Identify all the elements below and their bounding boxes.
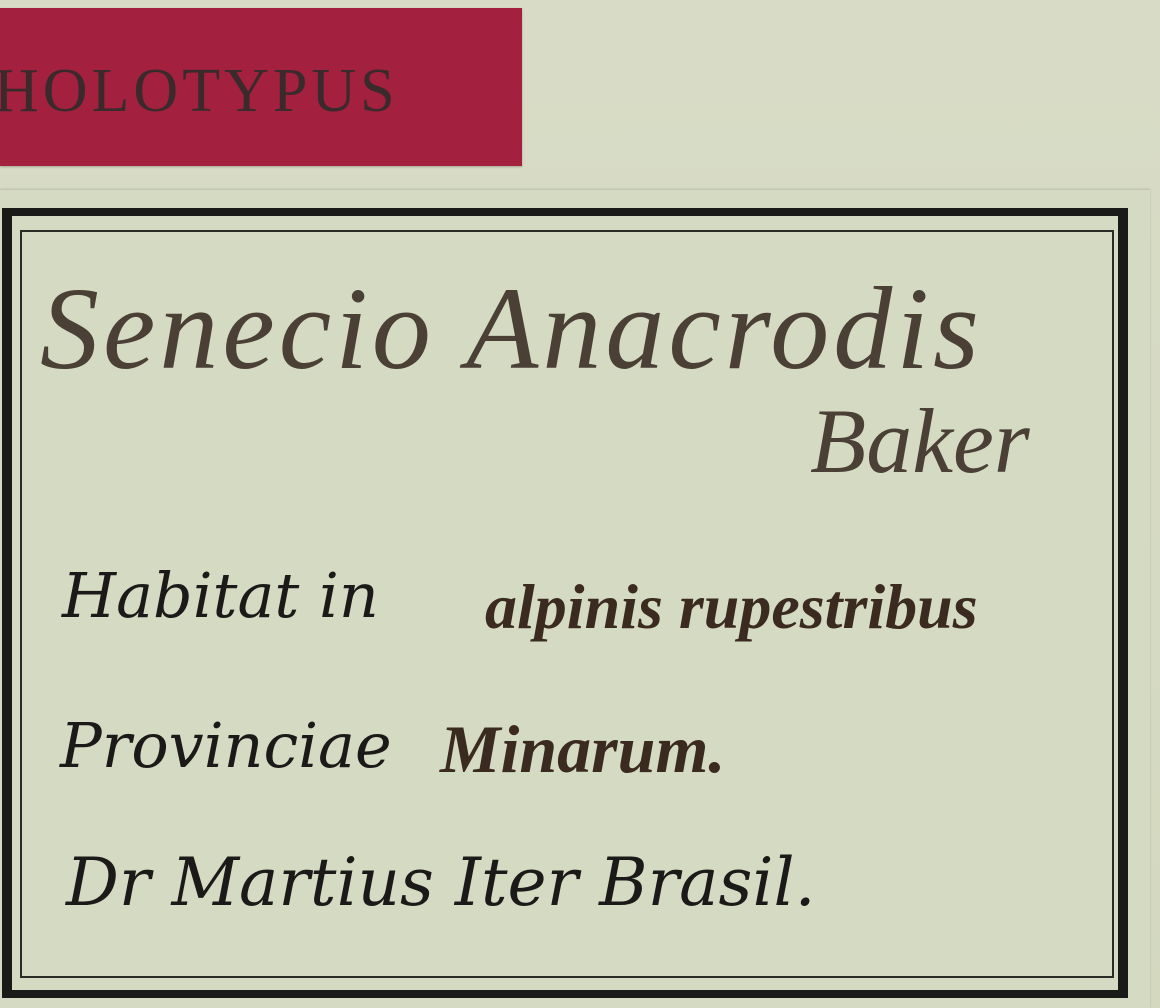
habitat-label: Habitat in [62,565,379,627]
province-label: Provinciae [60,715,392,777]
habitat-value: alpinis rupestribus [485,575,978,639]
holotype-banner: HOLOTYPUS [0,8,522,166]
taxon-name: Senecio Anacrodis [40,270,983,388]
province-value: Minarum. [440,715,725,783]
taxon-author: Baker [810,395,1030,487]
collector-line: Dr Martius Iter Brasil. [66,850,816,916]
holotype-banner-text: HOLOTYPUS [0,60,399,122]
